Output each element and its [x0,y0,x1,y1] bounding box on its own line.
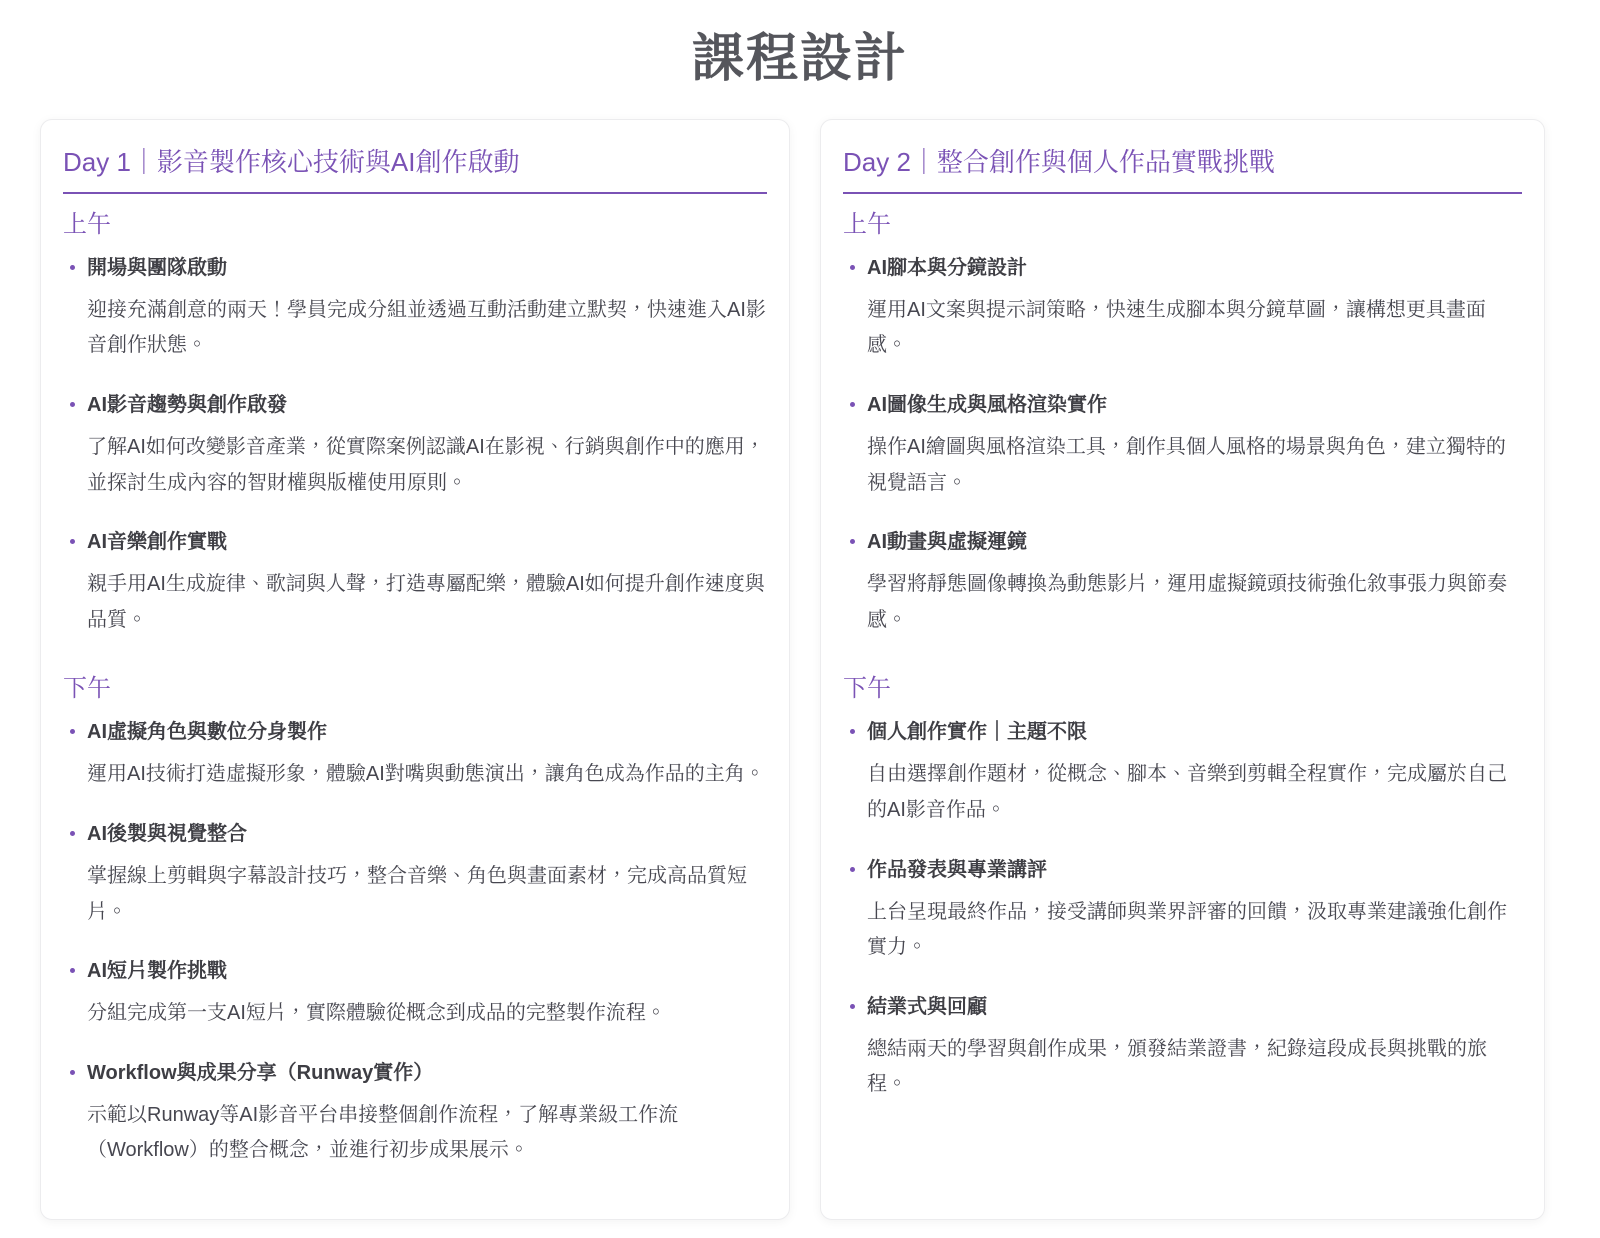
day-1-title: Day 1｜影音製作核心技術與AI創作啟動 [63,146,767,180]
day-1-afternoon-label: 下午 [63,668,767,703]
day-1-morning-label: 上午 [63,204,767,239]
list-item: AI圖像生成與風格渲染實作 操作AI繪圖與風格渲染工具，創作具個人風格的場景與角… [843,392,1522,501]
item-description: 自由選擇創作題材，從概念、腳本、音樂到剪輯全程實作，完成屬於自己的AI影音作品。 [867,757,1522,828]
item-title: AI音樂創作實戰 [87,529,767,556]
list-item: AI腳本與分鏡設計 運用AI文案與提示詞策略，快速生成腳本與分鏡草圖，讓構想更具… [843,255,1522,364]
item-description: 迎接充滿創意的兩天！學員完成分組並透過互動活動建立默契，快速進入AI影音創作狀態… [87,293,767,364]
item-title: AI虛擬角色與數位分身製作 [87,719,767,746]
list-item: 結業式與回顧 總結兩天的學習與創作成果，頒發結業證書，紀錄這段成長與挑戰的旅程。 [843,994,1522,1103]
item-title: 個人創作實作｜主題不限 [867,719,1522,746]
day-2-afternoon-label: 下午 [843,668,1522,703]
item-title: AI圖像生成與風格渲染實作 [867,392,1522,419]
bullet-icon [70,729,75,734]
item-description: 學習將靜態圖像轉換為動態影片，運用虛擬鏡頭技術強化敘事張力與節奏感。 [867,567,1522,638]
list-item: Workflow與成果分享（Runway實作） 示範以Runway等AI影音平台… [63,1060,767,1169]
bullet-icon [850,539,855,544]
item-description: 掌握線上剪輯與字幕設計技巧，整合音樂、角色與畫面素材，完成高品質短片。 [87,859,767,930]
bullet-icon [70,402,75,407]
item-title: AI動畫與虛擬運鏡 [867,529,1522,556]
bullet-icon [850,402,855,407]
day-1-card: Day 1｜影音製作核心技術與AI創作啟動 上午 開場與團隊啟動 迎接充滿創意的… [40,119,790,1220]
day-1-morning-list: 開場與團隊啟動 迎接充滿創意的兩天！學員完成分組並透過互動活動建立默契，快速進入… [63,255,767,639]
bullet-icon [850,1004,855,1009]
bullet-icon [70,1070,75,1075]
bullet-icon [70,539,75,544]
day-1-afternoon-list: AI虛擬角色與數位分身製作 運用AI技術打造虛擬形象，體驗AI對嘴與動態演出，讓… [63,719,767,1169]
item-description: 運用AI技術打造虛擬形象，體驗AI對嘴與動態演出，讓角色成為作品的主角。 [87,757,767,793]
item-description: 總結兩天的學習與創作成果，頒發結業證書，紀錄這段成長與挑戰的旅程。 [867,1032,1522,1103]
bullet-icon [850,729,855,734]
list-item: AI虛擬角色與數位分身製作 運用AI技術打造虛擬形象，體驗AI對嘴與動態演出，讓… [63,719,767,793]
list-item: AI音樂創作實戰 親手用AI生成旋律、歌詞與人聲，打造專屬配樂，體驗AI如何提升… [63,529,767,638]
item-title: 開場與團隊啟動 [87,255,767,282]
item-description: 操作AI繪圖與風格渲染工具，創作具個人風格的場景與角色，建立獨特的視覺語言。 [867,430,1522,501]
item-description: 運用AI文案與提示詞策略，快速生成腳本與分鏡草圖，讓構想更具畫面感。 [867,293,1522,364]
day-2-morning-list: AI腳本與分鏡設計 運用AI文案與提示詞策略，快速生成腳本與分鏡草圖，讓構想更具… [843,255,1522,639]
item-title: AI後製與視覺整合 [87,821,767,848]
item-description: 示範以Runway等AI影音平台串接整個創作流程，了解專業級工作流（Workfl… [87,1098,767,1169]
day-1-divider [63,192,767,194]
bullet-icon [850,867,855,872]
item-description: 上台呈現最終作品，接受講師與業界評審的回饋，汲取專業建議強化創作實力。 [867,895,1522,966]
bullet-icon [70,968,75,973]
list-item: 作品發表與專業講評 上台呈現最終作品，接受講師與業界評審的回饋，汲取專業建議強化… [843,857,1522,966]
item-description: 分組完成第一支AI短片，實際體驗從概念到成品的完整製作流程。 [87,996,767,1032]
list-item: AI短片製作挑戰 分組完成第一支AI短片，實際體驗從概念到成品的完整製作流程。 [63,958,767,1032]
page-title: 課程設計 [0,0,1600,119]
item-description: 親手用AI生成旋律、歌詞與人聲，打造專屬配樂，體驗AI如何提升創作速度與品質。 [87,567,767,638]
item-title: 結業式與回顧 [867,994,1522,1021]
item-title: AI短片製作挑戰 [87,958,767,985]
list-item: 個人創作實作｜主題不限 自由選擇創作題材，從概念、腳本、音樂到剪輯全程實作，完成… [843,719,1522,828]
day-cards-container: Day 1｜影音製作核心技術與AI創作啟動 上午 開場與團隊啟動 迎接充滿創意的… [0,119,1600,1238]
item-title: 作品發表與專業講評 [867,857,1522,884]
day-2-afternoon-list: 個人創作實作｜主題不限 自由選擇創作題材，從概念、腳本、音樂到剪輯全程實作，完成… [843,719,1522,1103]
item-title: AI影音趨勢與創作啟發 [87,392,767,419]
list-item: AI影音趨勢與創作啟發 了解AI如何改變影音產業，從實際案例認識AI在影視、行銷… [63,392,767,501]
list-item: 開場與團隊啟動 迎接充滿創意的兩天！學員完成分組並透過互動活動建立默契，快速進入… [63,255,767,364]
bullet-icon [850,265,855,270]
item-title: AI腳本與分鏡設計 [867,255,1522,282]
item-title: Workflow與成果分享（Runway實作） [87,1060,767,1087]
item-description: 了解AI如何改變影音產業，從實際案例認識AI在影視、行銷與創作中的應用，並探討生… [87,430,767,501]
day-2-card: Day 2｜整合創作與個人作品實戰挑戰 上午 AI腳本與分鏡設計 運用AI文案與… [820,119,1545,1220]
bullet-icon [70,265,75,270]
list-item: AI後製與視覺整合 掌握線上剪輯與字幕設計技巧，整合音樂、角色與畫面素材，完成高… [63,821,767,930]
day-2-divider [843,192,1522,194]
bullet-icon [70,831,75,836]
day-2-title: Day 2｜整合創作與個人作品實戰挑戰 [843,146,1522,180]
day-2-morning-label: 上午 [843,204,1522,239]
list-item: AI動畫與虛擬運鏡 學習將靜態圖像轉換為動態影片，運用虛擬鏡頭技術強化敘事張力與… [843,529,1522,638]
